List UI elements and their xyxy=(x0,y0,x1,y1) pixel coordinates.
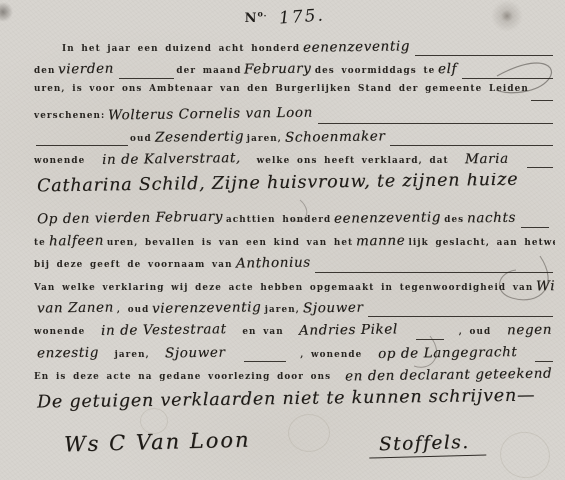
handwritten-text: Zesendertig xyxy=(152,129,247,146)
handwritten-text: vierden xyxy=(55,61,117,77)
fill-line xyxy=(531,98,553,101)
printed-text: te xyxy=(34,238,46,248)
fill-line xyxy=(415,53,553,56)
deed-line: En is deze acte na gedane voorlezing doo… xyxy=(34,367,555,389)
fill-line xyxy=(416,337,444,340)
handwritten-text: halfeen xyxy=(46,233,107,249)
handwritten-text: vierenzeventig xyxy=(149,300,264,317)
deed-line: uren, is voor ons Ambtenaar van den Burg… xyxy=(34,84,555,106)
fill-line xyxy=(36,143,128,146)
printed-text: lijk geslacht, aan hetwelk xyxy=(408,238,555,248)
deed-line: denvierdender maandFebruarydes voormidda… xyxy=(34,61,555,83)
deed-line: bij deze geeft de voornaam vanAnthonius xyxy=(34,255,555,277)
fill-line xyxy=(390,143,553,146)
deed-line: van Zanen, oudvierenzeventigjaren,Sjouwe… xyxy=(34,300,555,322)
printed-text: des xyxy=(444,215,464,225)
handwritten-text: eenenzeventig xyxy=(300,39,413,56)
printed-text: , wonende xyxy=(300,350,362,360)
fill-line xyxy=(527,165,553,168)
paper-stain xyxy=(288,414,330,452)
handwritten-text: enzestig xyxy=(34,345,102,361)
handwritten-text: elf xyxy=(435,61,460,77)
printed-text: uren, bevallen is van een kind van het xyxy=(107,238,353,248)
printed-text: bij deze geeft de voornaam van xyxy=(34,260,233,270)
printed-text: jaren, xyxy=(265,305,300,315)
printed-text: uren, is voor ons Ambtenaar van den Burg… xyxy=(34,84,529,94)
printed-text: der maand xyxy=(176,66,241,76)
deed-paper: No. 175. In het jaar een duizend acht ho… xyxy=(0,0,565,480)
deed-line: oudZesendertigjaren,Schoenmaker xyxy=(34,129,555,151)
deed-line: verschenen:Wolterus Cornelis van Loon xyxy=(34,106,555,128)
printed-text: , oud xyxy=(117,305,150,315)
paper-stain xyxy=(140,408,168,434)
scanned-document-page: { "colors": { "paper": "#d8d5d0", "print… xyxy=(0,0,565,480)
number-value: 175. xyxy=(278,5,325,28)
printed-text: wonende xyxy=(34,327,85,337)
fill-line xyxy=(315,270,553,273)
deed-line: wonendein de Kalverstraat,welke ons heef… xyxy=(34,151,555,173)
deed-lines: In het jaar een duizend acht honderdeene… xyxy=(34,39,555,420)
fill-line xyxy=(535,359,553,362)
printed-text: des voormiddags te xyxy=(315,66,436,76)
printed-text: welke ons heeft verklaard, dat xyxy=(257,156,449,166)
printed-text: verschenen: xyxy=(34,111,105,121)
deed-line: enzestigjaren,Sjouwer, wonendeop de Lang… xyxy=(34,345,555,367)
deed-line: Van welke verklaring wij deze acte hebbe… xyxy=(34,278,555,300)
number-label: No. xyxy=(245,11,268,26)
handwritten-text: Willem xyxy=(533,278,555,294)
fill-line xyxy=(318,121,553,124)
handwritten-text: De getuigen verklaarden niet te kunnen s… xyxy=(34,389,538,413)
handwritten-text: Catharina Schild, Zijne huisvrouw, te zi… xyxy=(34,173,521,196)
printed-text: jaren, xyxy=(115,350,150,360)
printed-text: wonende xyxy=(34,156,85,166)
printed-text: en van xyxy=(242,327,283,337)
deed-line: tehalfeenuren, bevallen is van een kind … xyxy=(34,233,555,255)
deed-line: wonendein de Vestestraaten vanAndries Pi… xyxy=(34,322,555,344)
printed-text: , oud xyxy=(459,327,492,337)
handwritten-text: eenenzeventig xyxy=(331,210,444,227)
deed-line: De getuigen verklaarden niet te kunnen s… xyxy=(34,389,555,420)
fill-line xyxy=(521,225,549,228)
handwritten-text: nachts xyxy=(464,210,519,226)
handwritten-text: Wolterus Cornelis van Loon xyxy=(105,106,316,123)
printed-text: achttien honderd xyxy=(226,215,331,225)
handwritten-text: February xyxy=(241,61,315,78)
deed-line: Op den vierden Februaryachttien honderde… xyxy=(34,210,555,232)
printed-text: jaren, xyxy=(247,134,282,144)
fill-line xyxy=(462,76,553,79)
handwritten-text: Maria xyxy=(462,151,512,167)
printed-text: En is deze acte na gedane voorlezing doo… xyxy=(34,372,331,382)
handwritten-text: Op den vierden February xyxy=(34,210,226,227)
handwritten-text: Sjouwer xyxy=(300,300,367,316)
printed-text: Van welke verklaring wij deze acte hebbe… xyxy=(34,283,533,293)
handwritten-text: Sjouwer xyxy=(162,345,229,361)
fill-line xyxy=(119,76,174,79)
fill-line xyxy=(244,359,286,362)
fill-line xyxy=(368,314,553,317)
handwritten-text: negen xyxy=(504,322,555,338)
handwritten-text: in de Kalverstraat, xyxy=(98,151,243,168)
handwritten-text: en den declarant geteekend xyxy=(342,367,555,384)
deed-line: In het jaar een duizend acht honderdeene… xyxy=(62,39,555,61)
handwritten-text: Anthonius xyxy=(232,255,313,272)
printed-text: oud xyxy=(130,134,152,144)
handwritten-text: Andries Pikel xyxy=(296,322,401,339)
handwritten-text: op de Langegracht xyxy=(375,345,521,362)
handwritten-text: manne xyxy=(353,233,408,249)
printed-text: In het jaar een duizend acht honderd xyxy=(62,44,300,54)
printed-text: den xyxy=(34,66,55,76)
official-signature: Stoffels. xyxy=(368,432,485,459)
handwritten-text: van Zanen xyxy=(34,300,117,317)
number-label-superscript: o. xyxy=(257,9,267,19)
handwritten-text: Schoenmaker xyxy=(282,129,389,146)
handwritten-text: in de Vestestraat xyxy=(98,322,230,339)
deed-line: Catharina Schild, Zijne huisvrouw, te zi… xyxy=(34,173,555,204)
document-number: No. 175. xyxy=(34,7,535,31)
